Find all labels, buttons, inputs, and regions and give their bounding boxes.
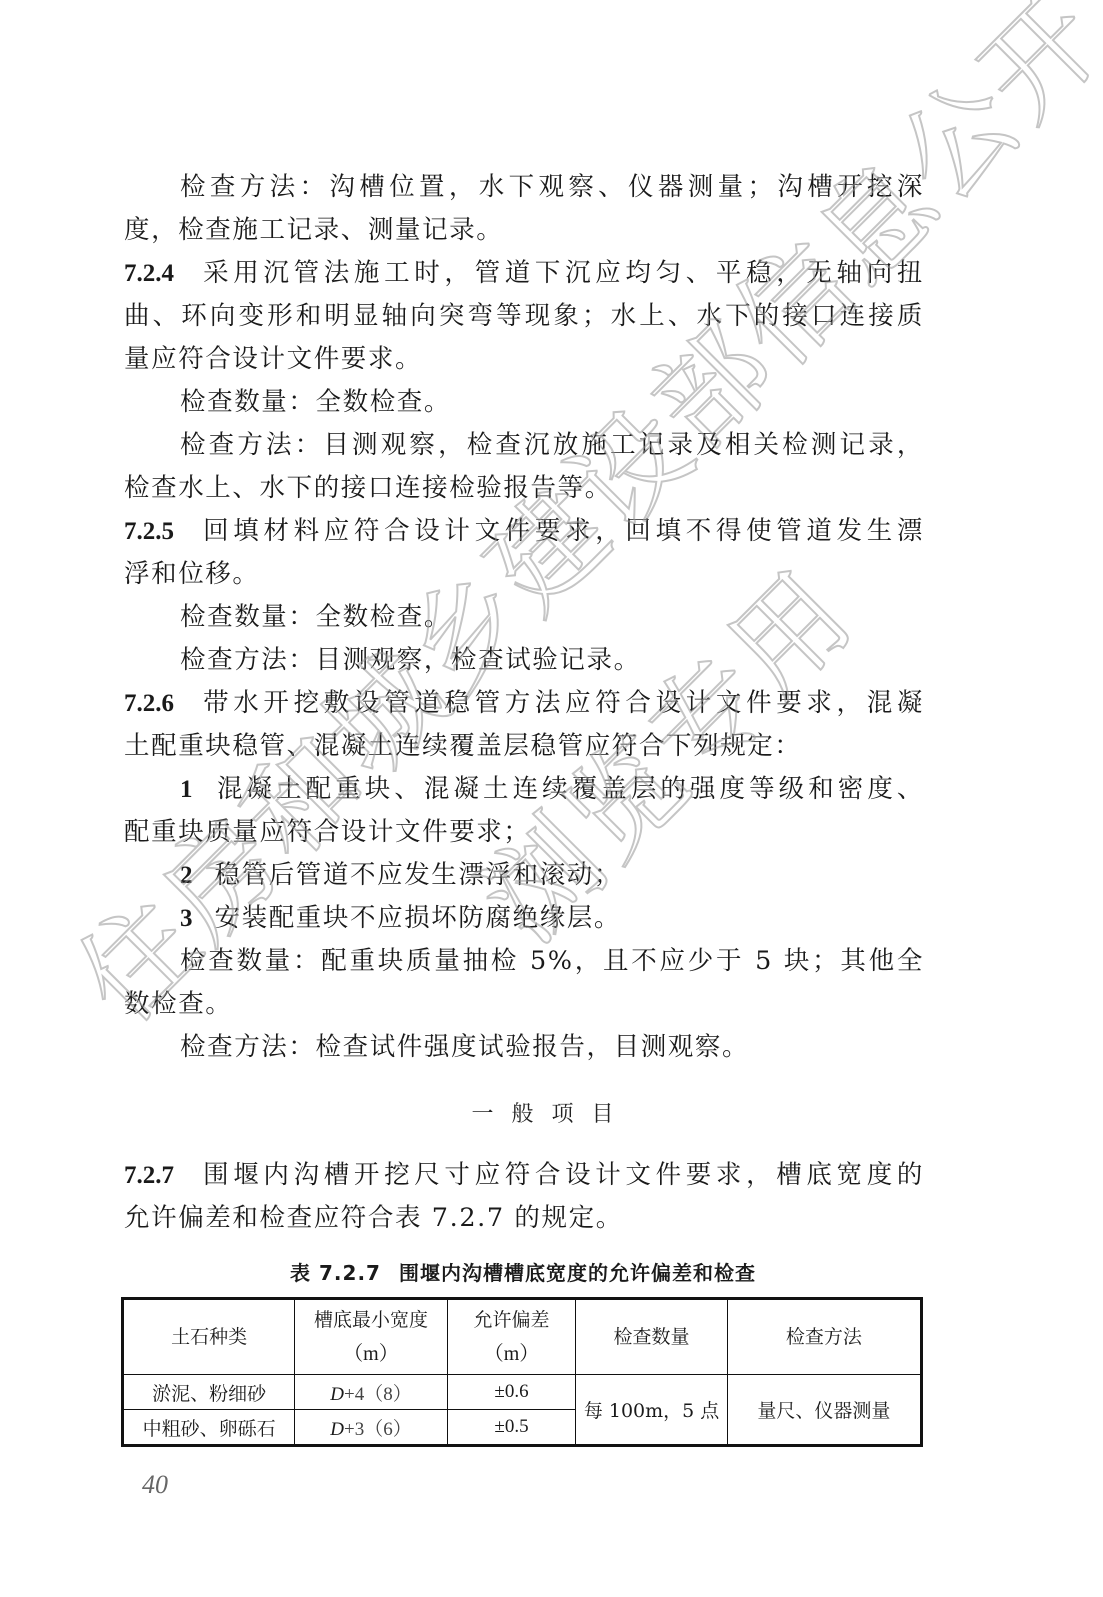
clause-7-2-6: 7.2.6带水开挖敷设管道稳管方法应符合设计文件要求，混凝 [124,688,924,719]
value: +3（6） [344,1419,412,1440]
text: 浮和位移。 [124,559,260,589]
clause-7-2-5: 7.2.5回填材料应符合设计文件要求，回填不得使管道发生漂 [124,516,924,547]
text: 数检查。 [124,989,232,1019]
paragraph-line: 浮和位移。 [124,559,924,589]
cell-check-method: 量尺、仪器测量 [727,1375,921,1446]
clause-7-2-7: 7.2.7围堰内沟槽开挖尺寸应符合设计文件要求，槽底宽度的 [124,1160,924,1191]
text: 检查数量：配重块质量抽检 5%，且不应少于 5 块；其他全 [180,946,924,976]
header-label: 检查方法 [786,1326,862,1348]
variable-d: D [330,1384,344,1405]
text: 回填材料应符合设计文件要求，回填不得使管道发生漂 [200,516,924,546]
item-number: 2 [180,862,193,889]
cell-min-width: D+3（6） [295,1410,447,1446]
text: 土配重块稳管、混凝土连续覆盖层稳管应符合下列规定： [124,731,802,761]
header-unit: （m） [343,1343,399,1365]
header-label: 允许偏差 [473,1309,549,1331]
item-number: 1 [180,776,193,803]
text: 安装配重块不应损坏防腐绝缘层。 [215,903,622,933]
variable-d: D [330,1419,344,1440]
text: 度，检查施工记录、测量记录。 [124,215,503,245]
table-caption: 围堰内沟槽槽底宽度的允许偏差和检查 [399,1261,756,1285]
text: 检查数量：全数检查。 [180,602,451,632]
paragraph-line: 配重块质量应符合设计文件要求； [124,817,924,847]
paragraph-line: 允许偏差和检查应符合表 7.2.7 的规定。 [124,1203,924,1233]
cell-soil-type: 中粗砂、卵砾石 [123,1410,295,1446]
cell-min-width: D+4（8） [295,1375,447,1410]
header-min-width: 槽底最小宽度（m） [295,1299,447,1375]
text: 允许偏差和检查应符合表 7.2.7 的规定。 [124,1203,623,1233]
text: 围堰内沟槽开挖尺寸应符合设计文件要求，槽底宽度的 [200,1160,924,1190]
text: 曲、环向变形和明显轴向突弯等现象；水上、水下的接口连接质 [124,301,924,331]
header-check-quantity: 检查数量 [576,1299,728,1375]
document-page: 检查方法：沟槽位置，水下观察、仪器测量；沟槽开挖深 度，检查施工记录、测量记录。… [0,0,1103,1597]
header-unit: （m） [484,1343,540,1365]
text: 采用沉管法施工时，管道下沉应均匀、平稳，无轴向扭 [200,258,924,288]
text: 检查数量：全数检查。 [180,387,451,417]
text: 检查方法：检查试件强度试验报告，目测观察。 [180,1032,749,1062]
text: 带水开挖敷设管道稳管方法应符合设计文件要求，混凝 [200,688,924,718]
check-method: 检查方法：检查试件强度试验报告，目测观察。 [180,1032,924,1062]
value: +4（8） [344,1384,412,1405]
paragraph-line: 土配重块稳管、混凝土连续覆盖层稳管应符合下列规定： [124,731,924,761]
list-item-2: 2稳管后管道不应发生漂浮和滚动； [180,860,924,891]
header-soil-type: 土石种类 [123,1299,295,1375]
check-method: 检查方法：目测观察，检查试验记录。 [180,645,924,675]
cell-tolerance: ±0.5 [447,1410,576,1446]
cell-check-quantity: 每 100m，5 点 [576,1375,728,1446]
clause-7-2-4: 7.2.4采用沉管法施工时，管道下沉应均匀、平稳，无轴向扭 [124,258,924,289]
paragraph-line: 数检查。 [124,989,924,1019]
header-check-method: 检查方法 [727,1299,921,1375]
clause-number: 7.2.4 [124,260,174,287]
clause-number: 7.2.6 [124,690,174,717]
text: 检查方法：沟槽位置，水下观察、仪器测量；沟槽开挖深 [180,172,924,202]
header-label: 槽底最小宽度 [314,1309,428,1331]
cell-tolerance: ±0.6 [447,1375,576,1410]
item-number: 3 [180,905,193,932]
paragraph-line: 曲、环向变形和明显轴向突弯等现象；水上、水下的接口连接质 [124,301,924,331]
header-label: 土石种类 [171,1326,247,1348]
check-quantity: 检查数量：全数检查。 [180,602,924,632]
page-number: 40 [142,1470,168,1500]
text: 检查水上、水下的接口连接检验报告等。 [124,473,612,503]
cell-soil-type: 淤泥、粉细砂 [123,1375,295,1410]
text: 混凝土配重块、混凝土连续覆盖层的强度等级和密度、 [215,774,925,804]
paragraph-line: 量应符合设计文件要求。 [124,344,924,374]
clause-number: 7.2.5 [124,518,174,545]
text: 量应符合设计文件要求。 [124,344,422,374]
text: 配重块质量应符合设计文件要求； [124,817,531,847]
text: 检查方法：目测观察，检查沉放施工记录及相关检测记录， [180,430,924,460]
table-title: 表 7.2.7围堰内沟槽槽底宽度的允许偏差和检查 [0,1257,1046,1286]
tolerance-table: 土石种类 槽底最小宽度（m） 允许偏差（m） 检查数量 检查方法 淤泥、粉细砂 … [121,1297,923,1447]
check-method: 检查方法：目测观察，检查沉放施工记录及相关检测记录， [180,430,924,460]
header-label: 检查数量 [614,1326,690,1348]
check-quantity: 检查数量：全数检查。 [180,387,924,417]
paragraph-line: 检查水上、水下的接口连接检验报告等。 [124,473,924,503]
paragraph-line: 检查方法：沟槽位置，水下观察、仪器测量；沟槽开挖深 [180,172,924,202]
table-header-row: 土石种类 槽底最小宽度（m） 允许偏差（m） 检查数量 检查方法 [123,1299,922,1375]
list-item-1: 1混凝土配重块、混凝土连续覆盖层的强度等级和密度、 [180,774,924,805]
header-tolerance: 允许偏差（m） [447,1299,576,1375]
table-row: 淤泥、粉细砂 D+4（8） ±0.6 每 100m，5 点 量尺、仪器测量 [123,1375,922,1410]
clause-number: 7.2.7 [124,1162,174,1189]
text: 检查方法：目测观察，检查试验记录。 [180,645,641,675]
paragraph-line: 度，检查施工记录、测量记录。 [124,215,924,245]
check-quantity: 检查数量：配重块质量抽检 5%，且不应少于 5 块；其他全 [180,946,924,976]
text: 稳管后管道不应发生漂浮和滚动； [215,860,622,890]
section-heading: 一般项目 [0,1097,1103,1128]
list-item-3: 3安装配重块不应损坏防腐绝缘层。 [180,903,924,934]
table-number: 表 7.2.7 [290,1261,381,1285]
